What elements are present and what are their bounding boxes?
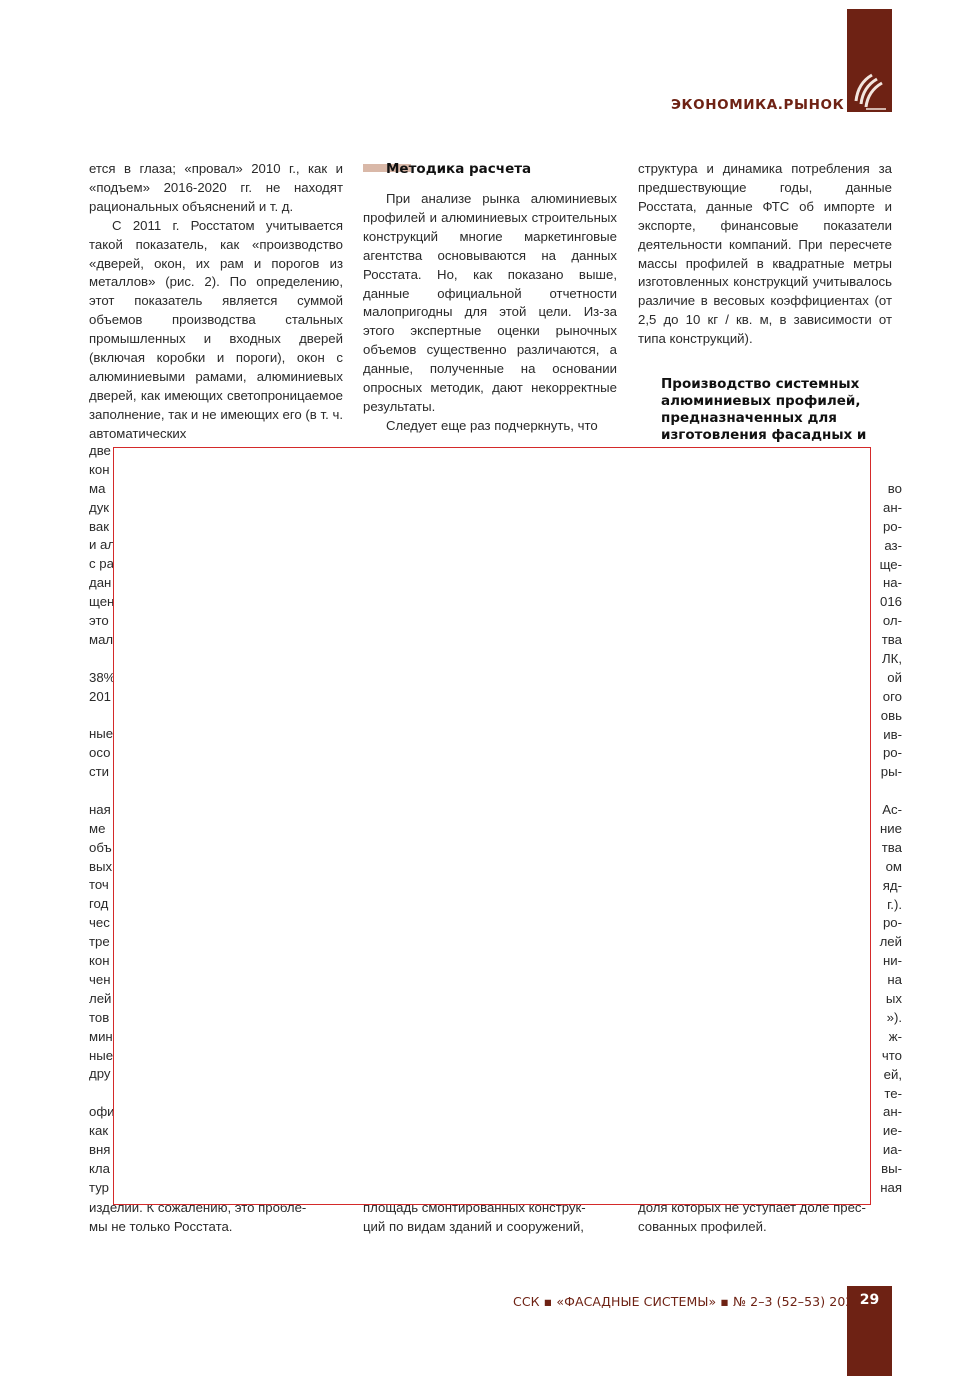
left-edge-fragments: двеконмадукваки алс раданщенэтомал38%201… <box>89 442 115 1198</box>
text-fragment: овь <box>872 707 902 726</box>
text-fragment: ол- <box>872 612 902 631</box>
text-fragment: точ <box>89 876 115 895</box>
text-fragment: ив- <box>872 726 902 745</box>
text-fragment: аз- <box>872 537 902 556</box>
subheading-production: Производство системных алюминиевых профи… <box>661 376 892 444</box>
text-fragment <box>89 650 115 669</box>
text-fragment: кон <box>89 952 115 971</box>
text-fragment <box>872 782 902 801</box>
section-label: ЭКОНОМИКА.РЫНОК <box>671 97 844 113</box>
paragraph: ется в глаза; «провал» 2010 г., как и «п… <box>89 160 343 217</box>
text-fragment: ой <box>872 669 902 688</box>
text-fragment <box>89 706 115 725</box>
text-fragment: тре <box>89 933 115 952</box>
text-fragment: тов <box>89 1009 115 1028</box>
page-number: 29 <box>847 1292 892 1308</box>
text-fragment: ме <box>89 820 115 839</box>
text-fragment: ма <box>89 480 115 499</box>
text-fragment: дан <box>89 574 115 593</box>
publication-info: ССК ▪ «ФАСАДНЫЕ СИСТЕМЫ» ▪ № 2–3 (52–53)… <box>513 1294 861 1309</box>
text-fragment: с ра <box>89 555 115 574</box>
text-fragment: ЛК, <box>872 650 902 669</box>
text-fragment: тва <box>872 839 902 858</box>
text-fragment: ро- <box>872 914 902 933</box>
subheading-methodology: Методика расчета <box>363 160 617 178</box>
text-fragment: две <box>89 442 115 461</box>
text-fragment: вак <box>89 518 115 537</box>
paragraph: Следует еще раз подчеркнуть, что <box>363 417 617 436</box>
text-fragment: те- <box>872 1085 902 1104</box>
text-fragment: тур <box>89 1179 115 1198</box>
text-fragment: иа- <box>872 1141 902 1160</box>
paragraph: С 2011 г. Росстатом учитывается такой по… <box>89 217 343 444</box>
text-fragment: осо <box>89 744 115 763</box>
text-fragment: ры- <box>872 763 902 782</box>
text-fragment: »). <box>872 1009 902 1028</box>
text-fragment: ни- <box>872 952 902 971</box>
text-fragment: мал <box>89 631 115 650</box>
text-fragment <box>89 1084 115 1103</box>
header-tab <box>847 9 892 112</box>
text-fragment: яд- <box>872 877 902 896</box>
column-1-tail: изделий. К сожалению, это пробле- мы не … <box>89 1216 306 1234</box>
text-fragment: офи <box>89 1103 115 1122</box>
column-3-tail: доля которых не уступает доле прес- сова… <box>638 1216 866 1234</box>
text-fragment: мин <box>89 1028 115 1047</box>
text-fragment: ная <box>872 1179 902 1198</box>
text-fragment: ние <box>872 820 902 839</box>
right-edge-fragments: воан-ро-аз-ще-на-016ол-тваЛК,ойогоовьив-… <box>872 480 902 1198</box>
text-fragment: тва <box>872 631 902 650</box>
text-fragment: 38% <box>89 669 115 688</box>
text-fragment: ых <box>872 990 902 1009</box>
text-fragment: ные <box>89 725 115 744</box>
text-fragment: во <box>872 480 902 499</box>
text-fragment: ан- <box>872 1103 902 1122</box>
text-fragment: вых <box>89 858 115 877</box>
text-fragment: чес <box>89 914 115 933</box>
text-fragment: сти <box>89 763 115 782</box>
text-fragment <box>89 782 115 801</box>
text-fragment: объ <box>89 839 115 858</box>
text-fragment: Ас- <box>872 801 902 820</box>
text-fragment: на- <box>872 574 902 593</box>
text-fragment: ж- <box>872 1028 902 1047</box>
text-fragment: на <box>872 971 902 990</box>
redacted-region <box>113 447 871 1205</box>
paragraph: структура и динамика потребления за пред… <box>638 160 892 349</box>
text-fragment: чен <box>89 971 115 990</box>
text-fragment: дру <box>89 1065 115 1084</box>
text-fragment: 201 <box>89 688 115 707</box>
text-fragment: ей, <box>872 1066 902 1085</box>
text-fragment: ан- <box>872 499 902 518</box>
text-fragment: ого <box>872 688 902 707</box>
text-fragment: кла <box>89 1160 115 1179</box>
column-3: структура и динамика потребления за пред… <box>638 160 892 444</box>
text-fragment: ро- <box>872 744 902 763</box>
text-fragment: ще- <box>872 556 902 575</box>
column-1: ется в глаза; «провал» 2010 г., как и «п… <box>89 160 343 444</box>
text-fragment: что <box>872 1047 902 1066</box>
text-fragment: ная <box>89 801 115 820</box>
text-fragment: щен <box>89 593 115 612</box>
text-fragment: вы- <box>872 1160 902 1179</box>
column-2: Методика расчета При анализе рынка алюми… <box>363 160 617 436</box>
page-number-tab: 29 <box>847 1286 892 1376</box>
text-fragment: лей <box>89 990 115 1009</box>
text-fragment: 016 <box>872 593 902 612</box>
text-fragment: и ал <box>89 536 115 555</box>
text-fragment: дук <box>89 499 115 518</box>
paragraph: При анализе рынка алюминиевых профилей и… <box>363 190 617 417</box>
text-fragment: вня <box>89 1141 115 1160</box>
column-2-tail: площадь смонтированных конструк- ций по … <box>363 1216 586 1234</box>
text-fragment: это <box>89 612 115 631</box>
text-fragment: г.). <box>872 896 902 915</box>
text-fragment: ные <box>89 1047 115 1066</box>
text-fragment: лей <box>872 933 902 952</box>
text-fragment: кон <box>89 461 115 480</box>
text-fragment: ом <box>872 858 902 877</box>
text-fragment: как <box>89 1122 115 1141</box>
text-fragment: ро- <box>872 518 902 537</box>
text-fragment: год <box>89 895 115 914</box>
text-fragment: ие- <box>872 1122 902 1141</box>
logo-icon <box>852 71 888 113</box>
